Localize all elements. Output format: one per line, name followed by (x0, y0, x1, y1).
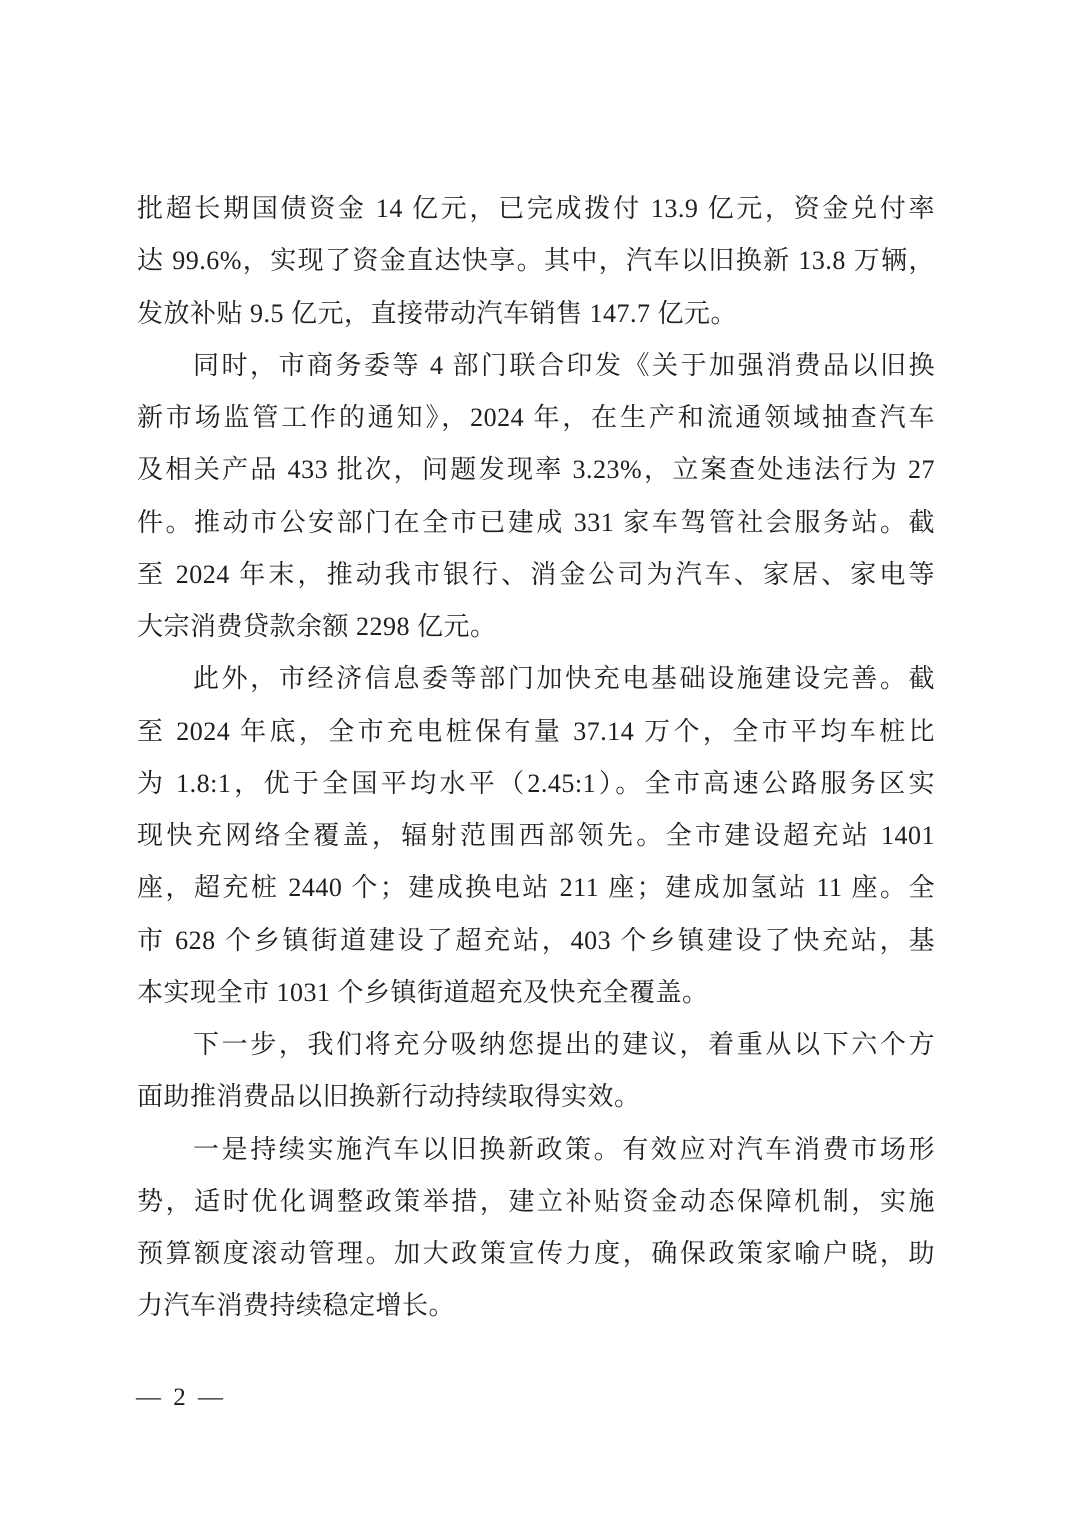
text-line: 达 99.6%，实现了资金直达快享。其中，汽车以旧换新 13.8 万辆， (137, 235, 935, 287)
text-line: 及相关产品 433 批次，问题发现率 3.23%，立案查处违法行为 27 (137, 444, 935, 496)
text-line: 预算额度滚动管理。加大政策宣传力度，确保政策家喻户晓，助 (137, 1228, 935, 1280)
text-line: 本实现全市 1031 个乡镇街道超充及快充全覆盖。 (137, 967, 935, 1019)
text-line: 新市场监管工作的通知》，2024 年，在生产和流通领域抽查汽车 (137, 392, 935, 444)
text-line: 座，超充桩 2440 个；建成换电站 211 座；建成加氢站 11 座。全 (137, 862, 935, 914)
text-line: 面助推消费品以旧换新行动持续取得实效。 (137, 1071, 935, 1123)
text-line: 大宗消费贷款余额 2298 亿元。 (137, 601, 935, 653)
page-footer: — 2 — (136, 1383, 226, 1413)
page-number: — 2 — (136, 1384, 226, 1411)
text-line: 批超长期国债资金 14 亿元，已完成拨付 13.9 亿元，资金兑付率 (137, 183, 935, 235)
text-line: 件。推动市公安部门在全市已建成 331 家车驾管社会服务站。截 (137, 497, 935, 549)
document-page: 批超长期国债资金 14 亿元，已完成拨付 13.9 亿元，资金兑付率达 99.6… (0, 0, 1074, 1520)
text-line: 势，适时优化调整政策举措，建立补贴资金动态保障机制，实施 (137, 1176, 935, 1228)
text-line: 一是持续实施汽车以旧换新政策。有效应对汽车消费市场形 (137, 1124, 935, 1176)
paragraph: 此外，市经济信息委等部门加快充电基础设施建设完善。截至 2024 年底，全市充电… (137, 653, 935, 1019)
text-line: 市 628 个乡镇街道建设了超充站，403 个乡镇建设了快充站，基 (137, 915, 935, 967)
text-line: 此外，市经济信息委等部门加快充电基础设施建设完善。截 (137, 653, 935, 705)
text-line: 为 1.8:1，优于全国平均水平（2.45:1）。全市高速公路服务区实 (137, 758, 935, 810)
document-body: 批超长期国债资金 14 亿元，已完成拨付 13.9 亿元，资金兑付率达 99.6… (137, 183, 935, 1333)
paragraph: 一是持续实施汽车以旧换新政策。有效应对汽车消费市场形势，适时优化调整政策举措，建… (137, 1124, 935, 1333)
text-line: 现快充网络全覆盖，辐射范围西部领先。全市建设超充站 1401 (137, 810, 935, 862)
paragraph: 批超长期国债资金 14 亿元，已完成拨付 13.9 亿元，资金兑付率达 99.6… (137, 183, 935, 340)
text-line: 下一步，我们将充分吸纳您提出的建议，着重从以下六个方 (137, 1019, 935, 1071)
text-line: 至 2024 年底，全市充电桩保有量 37.14 万个，全市平均车桩比 (137, 706, 935, 758)
text-line: 发放补贴 9.5 亿元，直接带动汽车销售 147.7 亿元。 (137, 288, 935, 340)
text-line: 同时，市商务委等 4 部门联合印发《关于加强消费品以旧换 (137, 340, 935, 392)
text-line: 力汽车消费持续稳定增长。 (137, 1280, 935, 1332)
text-line: 至 2024 年末，推动我市银行、消金公司为汽车、家居、家电等 (137, 549, 935, 601)
paragraph: 下一步，我们将充分吸纳您提出的建议，着重从以下六个方面助推消费品以旧换新行动持续… (137, 1019, 935, 1124)
paragraph: 同时，市商务委等 4 部门联合印发《关于加强消费品以旧换新市场监管工作的通知》，… (137, 340, 935, 654)
